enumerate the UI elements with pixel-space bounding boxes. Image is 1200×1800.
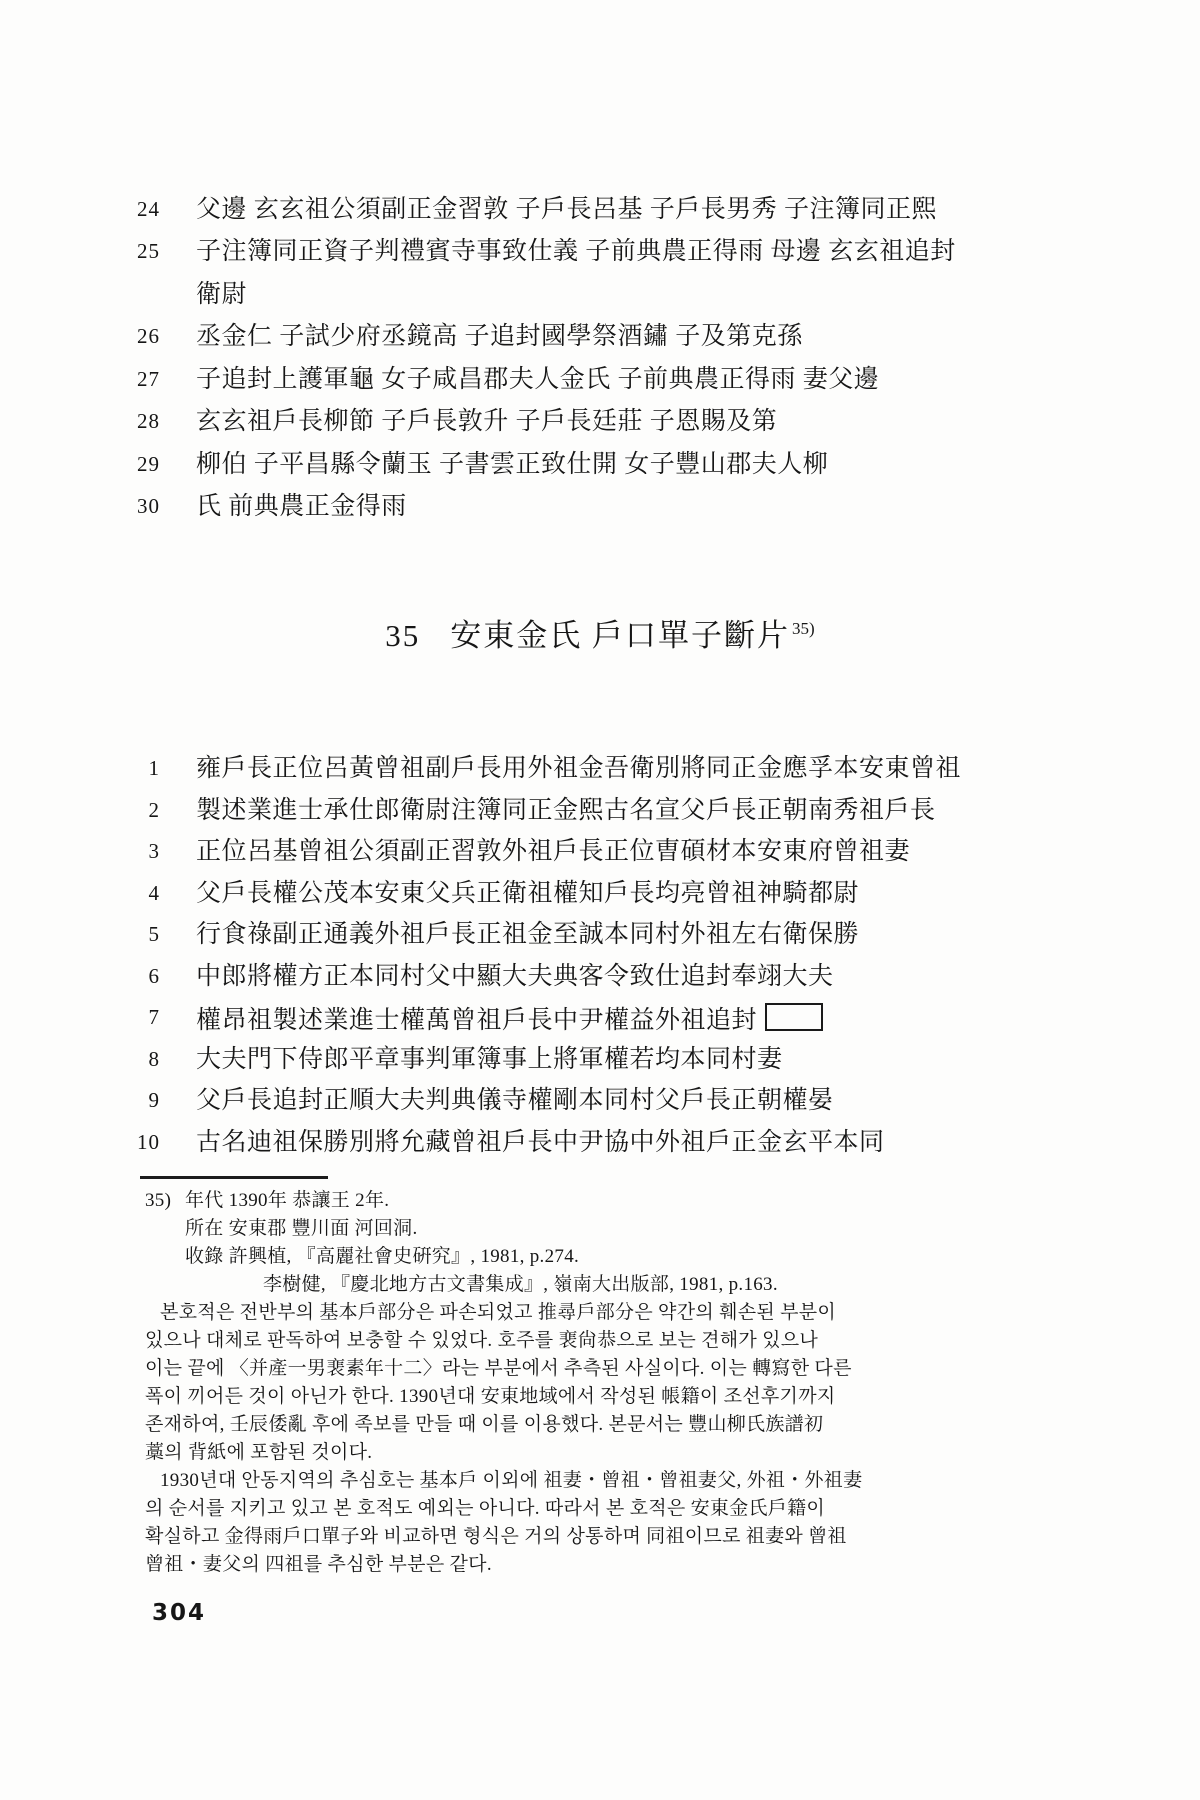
section-title: 35安東金氏 戶口單子斷片35) [0, 610, 1200, 655]
line-number: 24 [128, 199, 160, 220]
line-number: 28 [128, 411, 160, 432]
line-number: 3 [128, 841, 160, 862]
footnote-line: 이는 끝에 〈并產一男裵素年十二〉라는 부분에서 추측된 사실이다. 이는 轉寫… [145, 1354, 975, 1382]
footnote-line: 所在 安東郡 豐川面 河回洞. [145, 1214, 975, 1242]
document-line: 7 權昂祖製述業進士權萬曾祖戶長中尹權益外祖追封 [128, 997, 961, 1039]
footnote-line: 曾祖・妻父의 四祖를 추심한 부분은 같다. [145, 1550, 975, 1578]
line-text: 中郎將權方正本同村父中顯大夫典客令致仕追封奉翊大夫 [196, 964, 834, 989]
line-text: 正位呂基曾祖公須副正習敦外祖戶長正位曺碩材本安東府曾祖妻 [196, 839, 910, 864]
footnote-line: 藁의 背紙에 포함된 것이다. [145, 1438, 975, 1466]
line-text: 丞金仁 子試少府丞鏡高 子追封國學祭酒鏽 子及第克孫 [196, 324, 803, 349]
line-number: 5 [128, 924, 160, 945]
line-text: 父戶長權公茂本安東父兵正衛祖權知戶長均亮曾祖神騎都尉 [196, 881, 859, 906]
line-number: 7 [128, 1007, 160, 1028]
line-number: 8 [128, 1049, 160, 1070]
document-line: 3 正位呂基曾祖公須副正習敦外祖戶長正位曺碩材本安東府曾祖妻 [128, 831, 961, 873]
section-title-text: 安東金氏 戶口單子斷片 [450, 618, 790, 653]
footnote-text: 확실하고 金得雨戶口單子와 비교하면 형식은 거의 상통하며 同祖이므로 祖妻와… [145, 1527, 847, 1546]
footnote-line: 폭이 끼어든 것이 아닌가 한다. 1390년대 安東地域에서 작성된 帳籍이 … [145, 1382, 975, 1410]
line-text: 父邊 玄玄祖公須副正金習敦 子戶長呂基 子戶長男秀 子注簿同正熙 [196, 197, 937, 222]
page-number: 304 [152, 1600, 206, 1626]
line-text: 柳伯 子平昌縣令蘭玉 子書雲正致仕開 女子豐山郡夫人柳 [196, 452, 828, 477]
footnote-line: 확실하고 金得雨戶口單子와 비교하면 형식은 거의 상통하며 同祖이므로 祖妻와… [145, 1522, 975, 1550]
document-line: 5 行食祿副正通義外祖戶長正祖金至誠本同村外祖左右衛保勝 [128, 914, 961, 956]
line-text: 父戶長追封正順大夫判典儀寺權剛本同村父戶長正朝權晏 [196, 1088, 834, 1113]
document-line: 8 大夫門下侍郎平章事判軍簿事上將軍權若均本同村妻 [128, 1039, 961, 1081]
document-line: 9 父戶長追封正順大夫判典儀寺權剛本同村父戶長正朝權晏 [128, 1080, 961, 1122]
document-line: 10 古名迪祖保勝別將允藏曾祖戶長中尹協中外祖戶正金玄平本同 [128, 1122, 961, 1164]
line-number: 10 [128, 1132, 160, 1153]
line-number: 2 [128, 800, 160, 821]
footnote-meta: 所在 安東郡 豐川面 河回洞. [185, 1219, 418, 1238]
line-text: 行食祿副正通義外祖戶長正祖金至誠本同村外祖左右衛保勝 [196, 922, 859, 947]
footnote-line: 35) 年代 1390年 恭讓王 2年. [145, 1186, 975, 1214]
line-number: 9 [128, 1090, 160, 1111]
line-text: 子注簿同正資子判禮賓寺事致仕義 子前典農正得雨 母邊 玄玄祖追封 [196, 239, 956, 264]
line-text: 製述業進士承仕郎衛尉注簿同正金熙古名宣父戶長正朝南秀祖戶長 [196, 798, 936, 823]
document-line: 27 子追封上護軍龜 女子咸昌郡夫人金氏 子前典農正得雨 妻父邊 [128, 358, 956, 401]
footnote-line: 본호적은 전반부의 基本戶部分은 파손되었고 推尋戶部分은 약간의 훼손된 부분… [145, 1298, 975, 1326]
footnote-text: 있으나 대체로 판독하여 보충할 수 있었다. 호주를 裵尙恭으로 보는 견해가… [145, 1331, 818, 1350]
line-number: 1 [128, 758, 160, 779]
document-line: 30 氏 前典農正金得雨 [128, 486, 956, 529]
document-line: 衛尉 [128, 273, 956, 316]
document-line: 28 玄玄祖戶長柳節 子戶長敦升 子戶長廷莊 子恩賜及第 [128, 401, 956, 444]
footnote-text: 曾祖・妻父의 四祖를 추심한 부분은 같다. [145, 1555, 492, 1574]
footnote-text: 폭이 끼어든 것이 아닌가 한다. 1390년대 安東地域에서 작성된 帳籍이 … [145, 1387, 836, 1406]
footnote-meta: 李樹健, 『慶北地方古文書集成』, 嶺南大出版部, 1981, p.163. [263, 1275, 778, 1294]
document-line: 1 雍戶長正位呂黃曾祖副戶長用外祖金吾衛別將同正金應孚本安東曾祖 [128, 748, 961, 790]
footnote-block: 35) 年代 1390年 恭讓王 2年. 所在 安東郡 豐川面 河回洞. 收錄 … [145, 1186, 975, 1578]
line-number: 27 [128, 369, 160, 390]
document-line: 6 中郎將權方正本同村父中顯大夫典客令致仕追封奉翊大夫 [128, 956, 961, 998]
line-text: 氏 前典農正金得雨 [196, 494, 407, 519]
document-line: 26 丞金仁 子試少府丞鏡高 子追封國學祭酒鏽 子及第克孫 [128, 316, 956, 359]
document-line: 24 父邊 玄玄祖公須副正金習敦 子戶長呂基 子戶長男秀 子注簿同正熙 [128, 188, 956, 231]
section-number: 35 [385, 618, 420, 653]
top-text-block: 24 父邊 玄玄祖公須副正金習敦 子戶長呂基 子戶長男秀 子注簿同正熙 25 子… [128, 188, 956, 528]
line-text: 古名迪祖保勝別將允藏曾祖戶長中尹協中外祖戶正金玄平本同 [196, 1130, 885, 1155]
footnote-text: 이는 끝에 〈并產一男裵素年十二〉라는 부분에서 추측된 사실이다. 이는 轉寫… [145, 1359, 852, 1378]
line-number: 6 [128, 966, 160, 987]
main-text-block: 1 雍戶長正位呂黃曾祖副戶長用外祖金吾衛別將同正金應孚本安東曾祖 2 製述業進士… [128, 748, 961, 1163]
footnote-reference: 35) [792, 619, 815, 638]
footnote-text: 藁의 背紙에 포함된 것이다. [145, 1443, 372, 1462]
footnote-line: 李樹健, 『慶北地方古文書集成』, 嶺南大出版部, 1981, p.163. [145, 1270, 975, 1298]
line-text: 雍戶長正位呂黃曾祖副戶長用外祖金吾衛別將同正金應孚本安東曾祖 [196, 756, 961, 781]
line-text: 大夫門下侍郎平章事判軍簿事上將軍權若均本同村妻 [196, 1047, 783, 1072]
book-page: { "page": { "number": "304" }, "top_bloc… [0, 0, 1200, 1800]
line-text: 玄玄祖戶長柳節 子戶長敦升 子戶長廷莊 子恩賜及第 [196, 409, 777, 434]
footnote-line: 의 순서를 지키고 있고 본 호적도 예외는 아니다. 따라서 본 호적은 安東… [145, 1494, 975, 1522]
line-number: 25 [128, 241, 160, 262]
footnote-text: 1930년대 안동지역의 추심호는 基本戶 이외에 祖妻・曾祖・曾祖妻父, 外祖… [160, 1471, 862, 1490]
line-text: 子追封上護軍龜 女子咸昌郡夫人金氏 子前典農正得雨 妻父邊 [196, 367, 879, 392]
footnote-label: 35) [145, 1191, 185, 1210]
footnote-meta: 收錄 許興植, 『高麗社會史硏究』, 1981, p.274. [185, 1247, 579, 1266]
footnote-line: 존재하여, 壬辰倭亂 후에 족보를 만들 때 이를 이용했다. 본문서는 豐山柳… [145, 1410, 975, 1438]
illegible-box [765, 1003, 823, 1031]
line-number: 26 [128, 326, 160, 347]
line-number: 4 [128, 883, 160, 904]
footnote-separator [140, 1176, 328, 1179]
line-text: 權昂祖製述業進士權萬曾祖戶長中尹權益外祖追封 [196, 1003, 823, 1033]
document-line: 2 製述業進士承仕郎衛尉注簿同正金熙古名宣父戶長正朝南秀祖戶長 [128, 790, 961, 832]
footnote-line: 1930년대 안동지역의 추심호는 基本戶 이외에 祖妻・曾祖・曾祖妻父, 外祖… [145, 1466, 975, 1494]
line-number: 30 [128, 496, 160, 517]
line-text: 衛尉 [196, 282, 247, 307]
document-line: 4 父戶長權公茂本安東父兵正衛祖權知戶長均亮曾祖神騎都尉 [128, 873, 961, 915]
footnote-line: 있으나 대체로 판독하여 보충할 수 있었다. 호주를 裵尙恭으로 보는 견해가… [145, 1326, 975, 1354]
footnote-text: 의 순서를 지키고 있고 본 호적도 예외는 아니다. 따라서 본 호적은 安東… [145, 1499, 825, 1518]
line-number: 29 [128, 454, 160, 475]
document-line: 29 柳伯 子平昌縣令蘭玉 子書雲正致仕開 女子豐山郡夫人柳 [128, 443, 956, 486]
footnote-meta: 年代 1390年 恭讓王 2年. [185, 1191, 389, 1210]
footnote-text: 존재하여, 壬辰倭亂 후에 족보를 만들 때 이를 이용했다. 본문서는 豐山柳… [145, 1415, 823, 1434]
footnote-line: 收錄 許興植, 『高麗社會史硏究』, 1981, p.274. [145, 1242, 975, 1270]
document-line: 25 子注簿同正資子判禮賓寺事致仕義 子前典農正得雨 母邊 玄玄祖追封 [128, 231, 956, 274]
footnote-text: 본호적은 전반부의 基本戶部分은 파손되었고 推尋戶部分은 약간의 훼손된 부분… [160, 1303, 836, 1322]
